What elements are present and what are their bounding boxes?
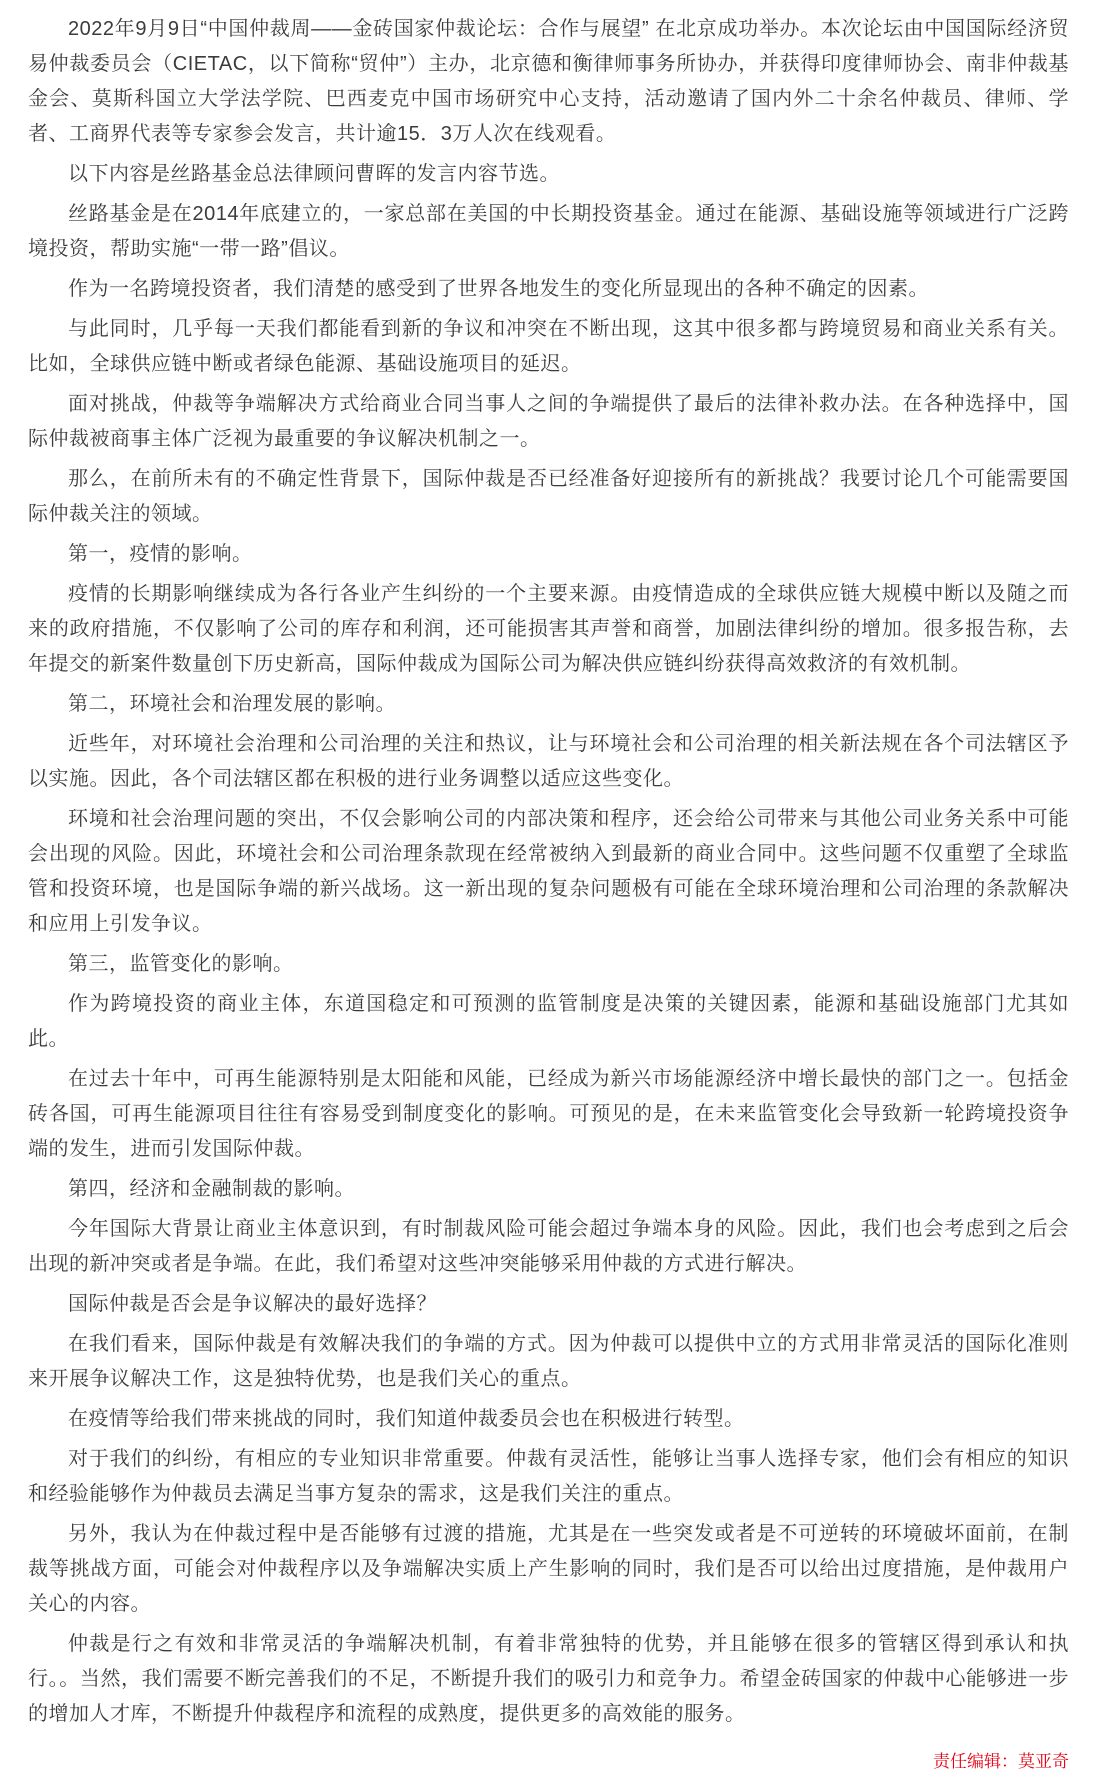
article-paragraph: 仲裁是行之有效和非常灵活的争端解决机制，有着非常独特的优势，并且能够在很多的管辖… [28,1627,1069,1732]
article-paragraph: 面对挑战，仲裁等争端解决方式给商业合同当事人之间的争端提供了最后的法律补救办法。… [28,387,1069,457]
article-paragraph: 第二，环境社会和治理发展的影响。 [28,687,1069,722]
article-paragraph: 近些年，对环境社会治理和公司治理的关注和热议，让与环境社会和公司治理的相关新法规… [28,727,1069,797]
editor-credit: 责任编辑：莫亚奇 [933,1752,1069,1771]
article-paragraph: 另外，我认为在仲裁过程中是否能够有过渡的措施，尤其是在一些突发或者是不可逆转的环… [28,1517,1069,1622]
article-paragraph: 第一，疫情的影响。 [28,537,1069,572]
article-paragraph: 作为跨境投资的商业主体，东道国稳定和可预测的监管制度是决策的关键因素，能源和基础… [28,987,1069,1057]
article-paragraph: 疫情的长期影响继续成为各行各业产生纠纷的一个主要来源。由疫情造成的全球供应链大规… [28,577,1069,682]
article-paragraph: 在我们看来，国际仲裁是有效解决我们的争端的方式。因为仲裁可以提供中立的方式用非常… [28,1327,1069,1397]
article-paragraph: 与此同时，几乎每一天我们都能看到新的争议和冲突在不断出现，这其中很多都与跨境贸易… [28,312,1069,382]
article-paragraph: 在疫情等给我们带来挑战的同时，我们知道仲裁委员会也在积极进行转型。 [28,1402,1069,1437]
article-paragraph: 第三，监管变化的影响。 [28,947,1069,982]
article-paragraph: 那么，在前所未有的不确定性背景下，国际仲裁是否已经准备好迎接所有的新挑战？我要讨… [28,462,1069,532]
article-paragraph: 在过去十年中，可再生能源特别是太阳能和风能，已经成为新兴市场能源经济中增长最快的… [28,1062,1069,1167]
article-footer: 责任编辑：莫亚奇 [28,1750,1069,1776]
article-paragraph: 今年国际大背景让商业主体意识到，有时制裁风险可能会超过争端本身的风险。因此，我们… [28,1212,1069,1282]
article-paragraph: 第四，经济和金融制裁的影响。 [28,1172,1069,1207]
article-paragraph: 环境和社会治理问题的突出，不仅会影响公司的内部决策和程序，还会给公司带来与其他公… [28,802,1069,942]
article-paragraph: 2022年9月9日“中国仲裁周——金砖国家仲裁论坛：合作与展望” 在北京成功举办… [28,12,1069,152]
article-paragraph: 作为一名跨境投资者，我们清楚的感受到了世界各地发生的变化所显现出的各种不确定的因… [28,272,1069,307]
article-body: 2022年9月9日“中国仲裁周——金砖国家仲裁论坛：合作与展望” 在北京成功举办… [28,12,1069,1737]
article-paragraph: 国际仲裁是否会是争议解决的最好选择？ [28,1287,1069,1322]
article-paragraph: 对于我们的纠纷，有相应的专业知识非常重要。仲裁有灵活性，能够让当事人选择专家，他… [28,1442,1069,1512]
article-page: 2022年9月9日“中国仲裁周——金砖国家仲裁论坛：合作与展望” 在北京成功举办… [0,0,1097,1790]
article-paragraph: 以下内容是丝路基金总法律顾问曹晖的发言内容节选。 [28,157,1069,192]
article-paragraph: 丝路基金是在2014年底建立的，一家总部在美国的中长期投资基金。通过在能源、基础… [28,197,1069,267]
